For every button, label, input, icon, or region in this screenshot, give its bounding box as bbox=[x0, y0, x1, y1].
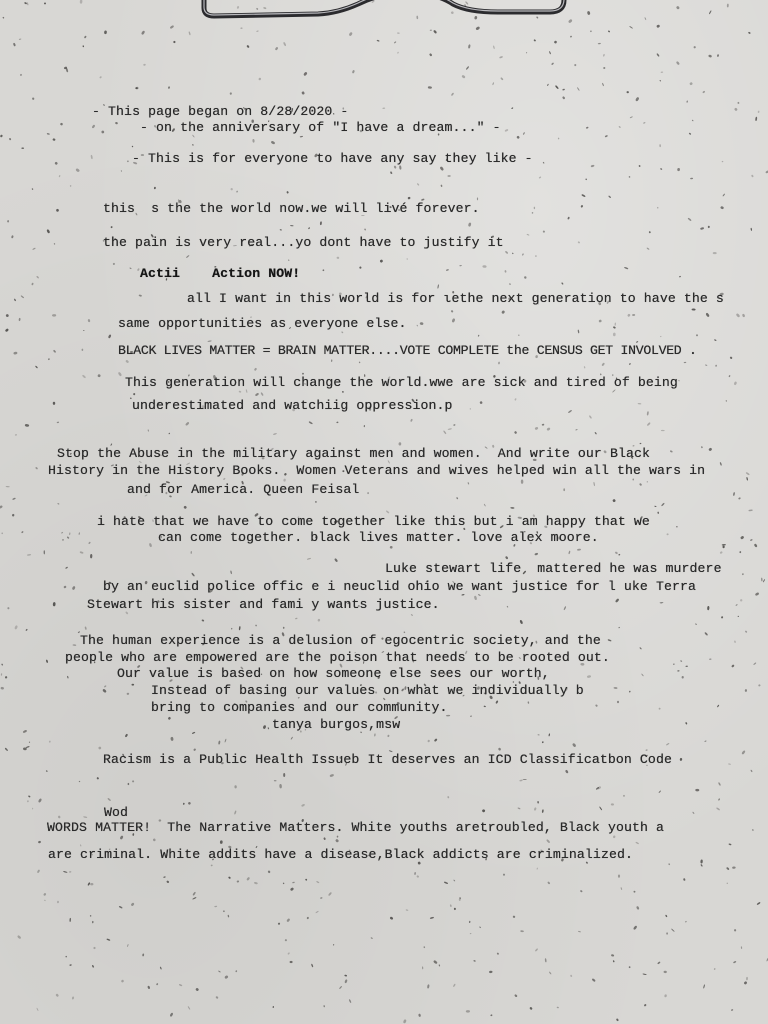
entry-military-abuse-line1: Stop the Abuse in the military against m… bbox=[57, 446, 650, 461]
entry-human-experience-line1: The human experience is a delusion of eg… bbox=[80, 633, 601, 648]
entry-generation-change-line1: This generation will change the world.ww… bbox=[125, 375, 678, 390]
entry-human-experience-line3: Our value is based on how someone else s… bbox=[117, 666, 550, 681]
paper-clip-icon bbox=[198, 0, 570, 22]
entry-come-together-line1: i hate that we have to come together lik… bbox=[97, 514, 650, 529]
intro-anniversary-line: - on the anniversary of "I have a dream.… bbox=[140, 120, 501, 135]
entry-military-abuse-line2: History in the History Books. Women Vete… bbox=[48, 463, 705, 478]
entry-come-together-line2: can come together. black lives matter. l… bbox=[158, 530, 599, 545]
intro-purpose-line: - This is for everyone to have any say t… bbox=[132, 151, 533, 166]
entry-words-matter-line2: are criminal. White addits have a diseas… bbox=[48, 847, 633, 862]
entry-racism-public-health: Racism is a Public Health Issueb It dese… bbox=[103, 752, 672, 767]
entry-action-now: Actii Action NOW! bbox=[140, 266, 300, 281]
entry-luke-stewart-line1: Luke stewart life mattered he was murder… bbox=[385, 561, 722, 576]
entry-luke-stewart-line2: by an euclid police offic e i neuclid oh… bbox=[103, 579, 696, 594]
entry-generation-change-line2: underestimated and watchiig oppression.p bbox=[132, 398, 453, 413]
entry-next-generation-line2: same opportunities as everyone else. bbox=[118, 316, 407, 331]
entry-human-experience-signature: tanya burgos,msw bbox=[272, 717, 400, 732]
entry-live-forever: this s the the world now.we will livé fo… bbox=[103, 201, 480, 216]
entry-words-matter-line1: WORDS MATTER! The Narrative Matters. Whi… bbox=[47, 820, 664, 835]
entry-luke-stewart-line3: Stewart his sister and fami y wants just… bbox=[87, 597, 440, 612]
entry-words-false-start: Wod bbox=[104, 805, 128, 820]
entry-pain-real: the pain is very real...yo dont have to … bbox=[103, 235, 504, 250]
entry-military-abuse-signature: and for America. Queen Feisal bbox=[127, 482, 359, 497]
entry-human-experience-line4: Instead of basing our values on what we … bbox=[151, 683, 584, 698]
entry-blm-brain-matter: BLACK LIVES MATTER = BRAIN MATTER....VOT… bbox=[118, 343, 697, 358]
entry-human-experience-line5: bring to companies and our community. bbox=[151, 700, 448, 715]
intro-date-line: - This page began on 8/28/2020 - bbox=[92, 104, 348, 119]
entry-human-experience-line2: people who are empowered are the poison … bbox=[65, 650, 610, 665]
entry-next-generation-line1: all I want in this world is for ιethe ne… bbox=[187, 291, 724, 306]
